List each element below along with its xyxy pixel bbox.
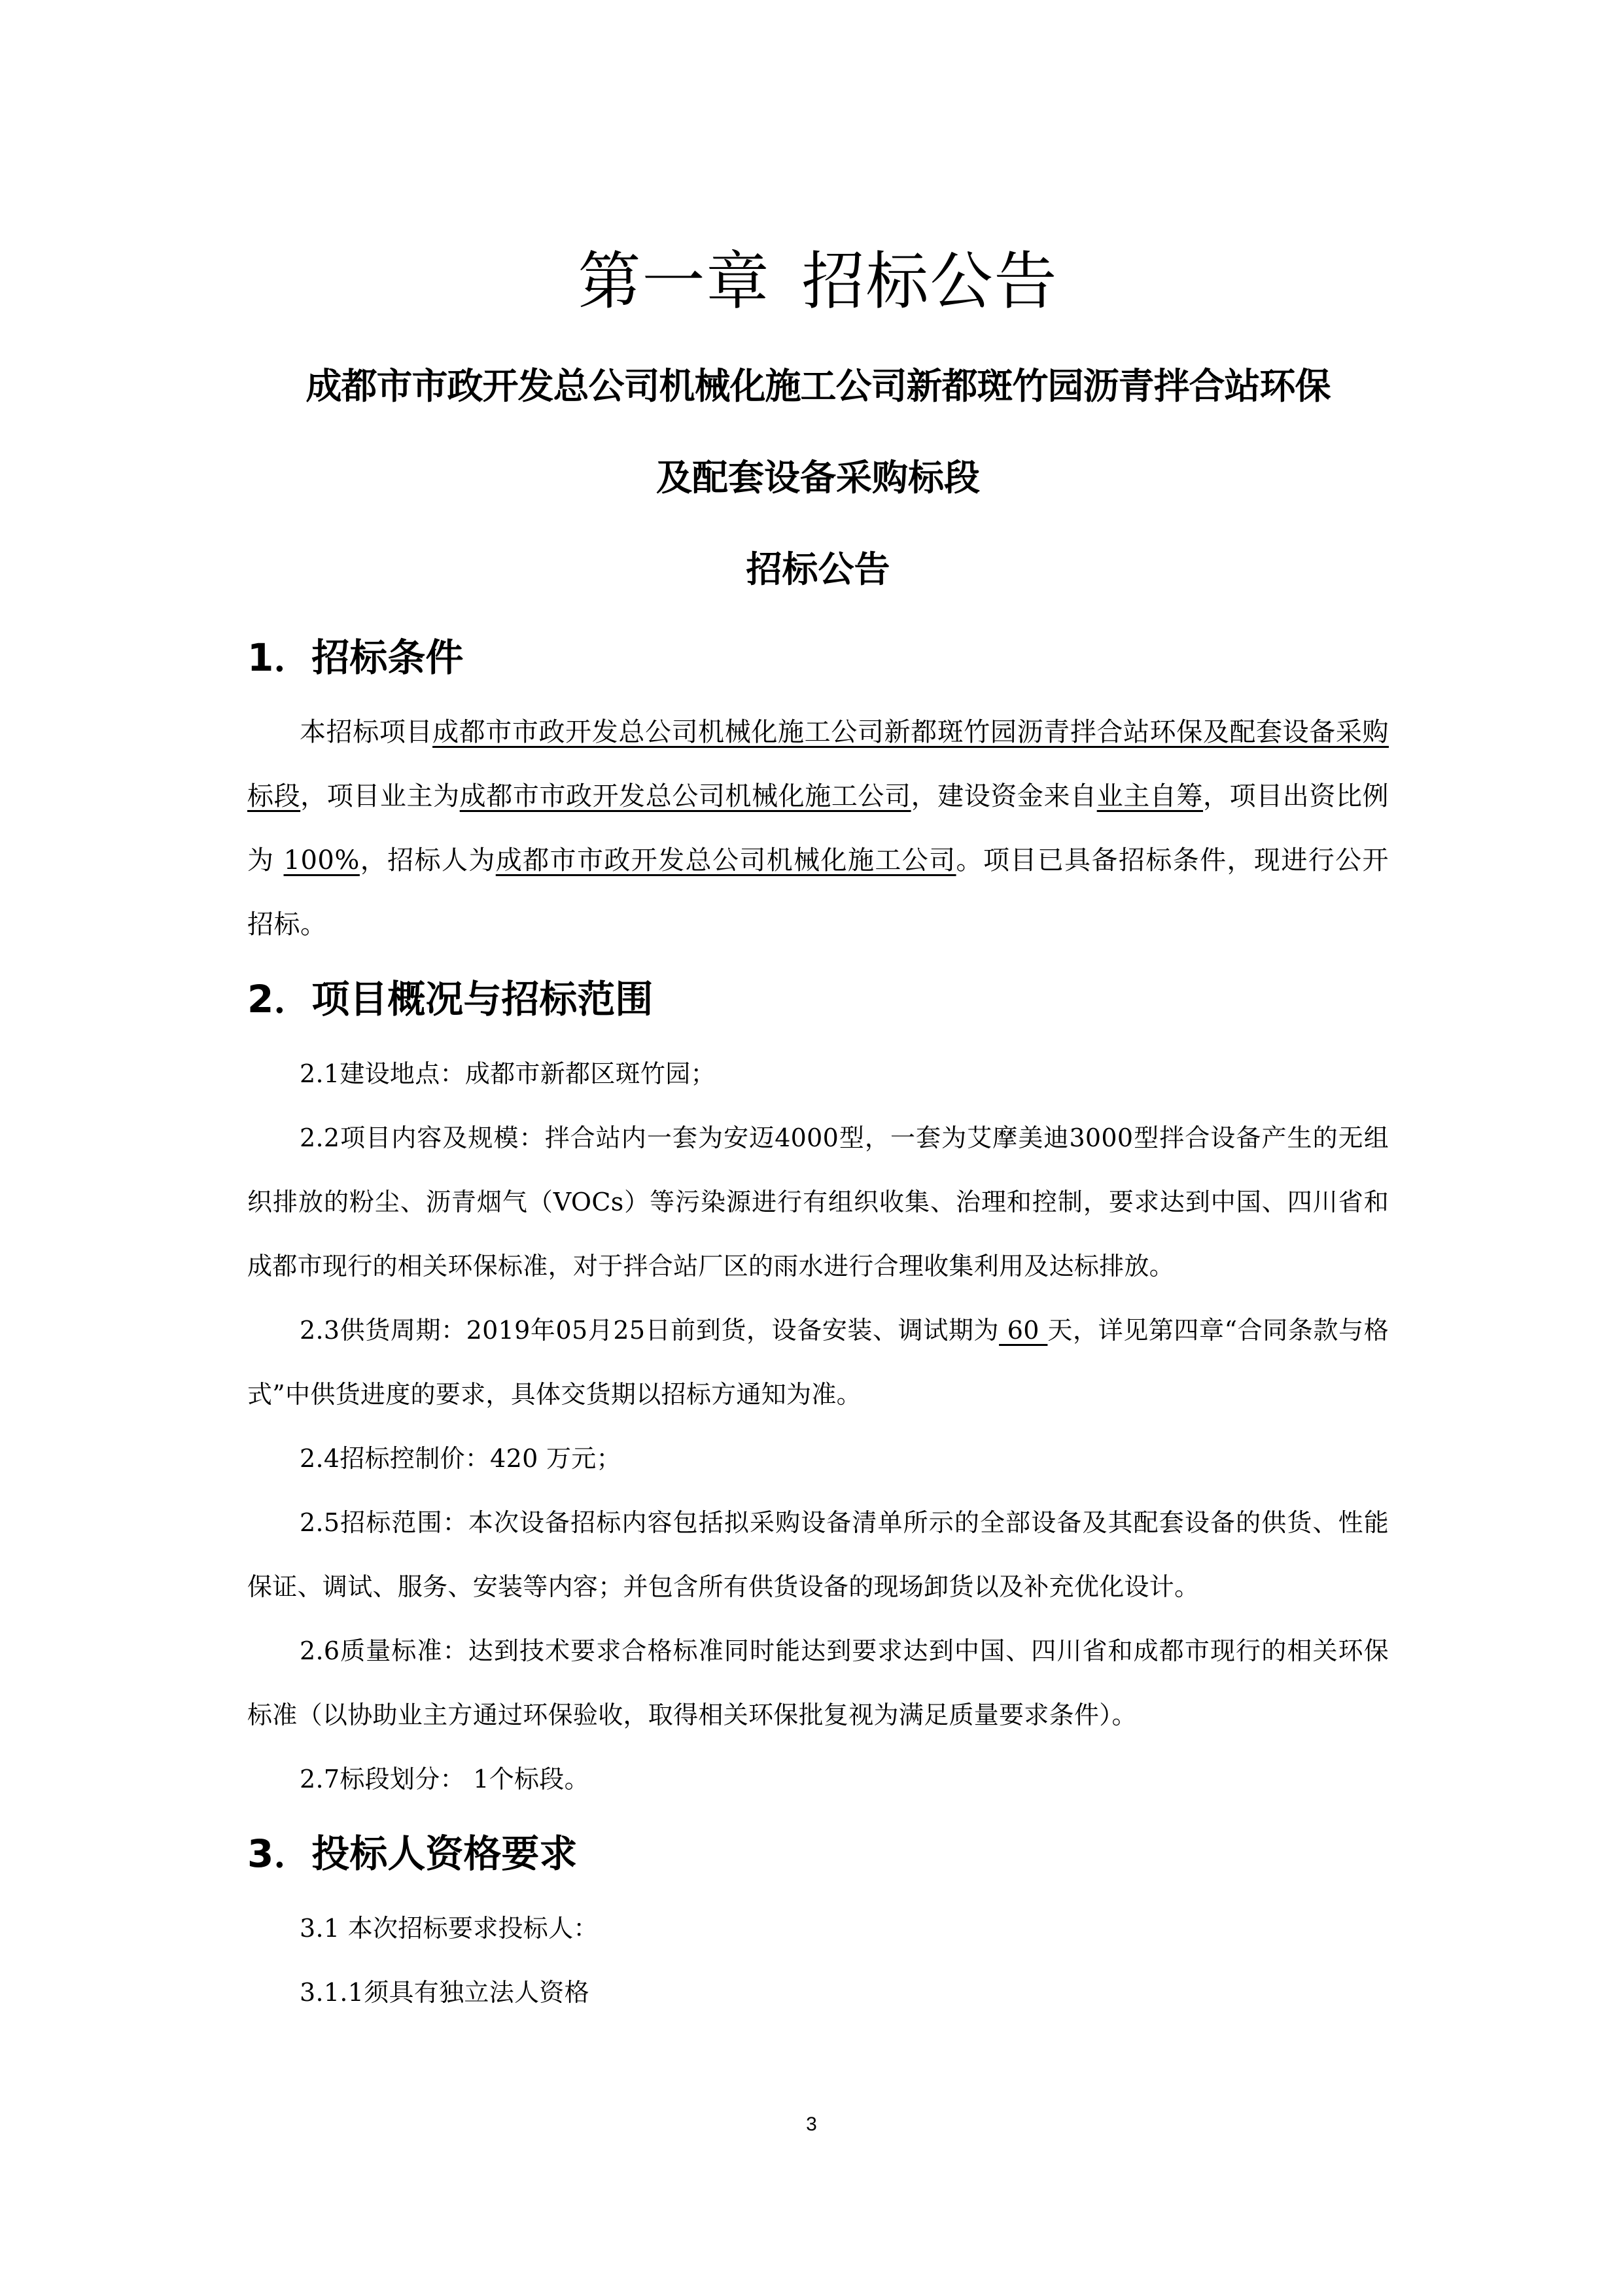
fund-source: 业主自筹	[1097, 781, 1203, 811]
funding-ratio: 100%	[284, 845, 360, 875]
page-content: 第一章招标公告 成都市市政开发总公司机械化施工公司新都斑竹园沥青拌合站环保 及配…	[247, 236, 1389, 2024]
item-2-7-lot-division: 2.7标段划分： 1个标段。	[247, 1747, 1389, 1811]
text-run: ，招标人为	[360, 845, 496, 875]
page-number: 3	[0, 2113, 1623, 2136]
section-1-paragraph: 本招标项目成都市市政开发总公司机械化施工公司新都斑竹园沥青拌合站环保及配套设备采…	[247, 700, 1389, 957]
project-title-line-1: 成都市市政开发总公司机械化施工公司新都斑竹园沥青拌合站环保	[247, 340, 1389, 432]
text-run: ，项目业主为	[300, 781, 460, 811]
tenderer-name: 成都市市政开发总公司机械化施工公司	[496, 845, 956, 875]
chapter-title: 第一章招标公告	[247, 236, 1389, 327]
text-run: 2.3供货周期：2019年05月25日前到货，设备安装、调试期为	[300, 1316, 999, 1345]
document-page: 第一章招标公告 成都市市政开发总公司机械化施工公司新都斑竹园沥青拌合站环保 及配…	[0, 0, 1623, 2296]
item-2-2-scope: 2.2项目内容及规模：拌合站内一套为安迈4000型，一套为艾摩美迪3000型拌合…	[247, 1106, 1389, 1298]
project-title-line-2: 及配套设备采购标段	[247, 432, 1389, 523]
item-2-1-location: 2.1建设地点：成都市新都区斑竹园；	[247, 1042, 1389, 1106]
item-2-3-supply-period: 2.3供货周期：2019年05月25日前到货，设备安装、调试期为 60 天，详见…	[247, 1298, 1389, 1426]
project-owner: 成都市市政开发总公司机械化施工公司	[460, 781, 911, 811]
item-3-1: 3.1 本次招标要求投标人：	[247, 1896, 1389, 1960]
text-run: ，建设资金来自	[911, 781, 1097, 811]
text-run: 本招标项目	[300, 717, 432, 747]
chapter-name: 招标公告	[802, 245, 1058, 318]
notice-heading: 招标公告	[247, 523, 1389, 615]
commissioning-days: 60	[999, 1316, 1047, 1345]
item-2-6-quality-standard: 2.6质量标准：达到技术要求合格标准同时能达到要求达到中国、四川省和成都市现行的…	[247, 1619, 1389, 1747]
section-1-heading: 1．招标条件	[247, 615, 1389, 700]
item-2-5-tender-scope: 2.5招标范围：本次设备招标内容包括拟采购设备清单所示的全部设备及其配套设备的供…	[247, 1491, 1389, 1619]
item-3-1-1: 3.1.1须具有独立法人资格	[247, 1960, 1389, 2024]
section-2-heading: 2．项目概况与招标范围	[247, 957, 1389, 1042]
chapter-number: 第一章	[578, 245, 771, 318]
section-3-heading: 3．投标人资格要求	[247, 1811, 1389, 1896]
item-2-4-control-price: 2.4招标控制价：420 万元；	[247, 1426, 1389, 1491]
